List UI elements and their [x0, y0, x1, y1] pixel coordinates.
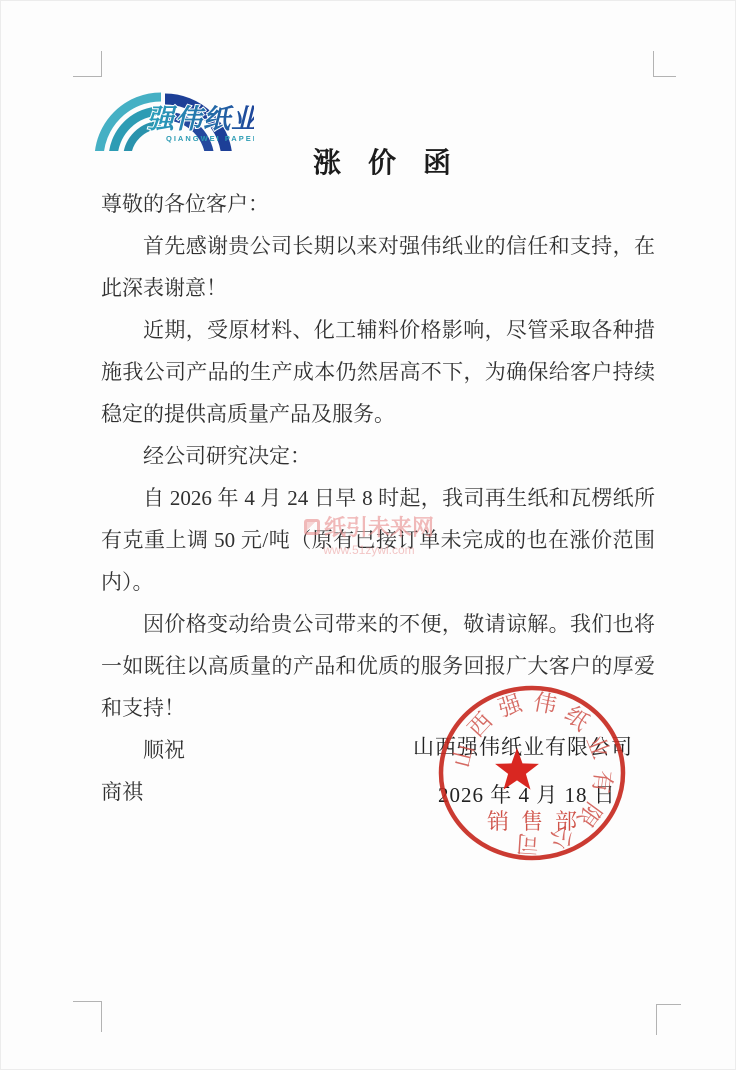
corner-mark-top-right-icon: [653, 51, 676, 77]
paragraph-apology: 因价格变动给贵公司带来的不便，敬请谅解。我们也将一如既往以高质量的产品和优质的服…: [101, 603, 655, 729]
paragraph-decision-intro: 经公司研究决定：: [101, 435, 655, 477]
corner-mark-bottom-left-icon: [73, 1001, 102, 1032]
paragraph-thanks: 首先感谢贵公司长期以来对强伟纸业的信任和支持，在此深表谢意！: [101, 225, 655, 309]
signature-company-name: 山西强伟纸业有限公司: [413, 731, 633, 761]
letter-title: 涨 价 函: [31, 141, 735, 181]
logo-name-text: 强伟纸业: [147, 104, 254, 134]
salutation: 尊敬的各位客户：: [101, 183, 655, 225]
price-increase-letter-page: 强伟纸业 QIANGWEI PAPER 涨 价 函 尊敬的各位客户： 首先感谢贵…: [0, 0, 736, 1070]
signature-date: 2026 年 4 月 18 日: [438, 779, 616, 809]
corner-mark-bottom-right-icon: [656, 1004, 681, 1035]
paragraph-cost-pressure: 近期，受原材料、化工辅料价格影响，尽管采取各种措施我公司产品的生产成本仍然居高不…: [101, 309, 655, 435]
corner-mark-top-left-icon: [73, 51, 102, 77]
paragraph-price-increase: 自 2026 年 4 月 24 日早 8 时起，我司再生纸和瓦楞纸所有克重上调 …: [101, 477, 655, 603]
letter-body: 尊敬的各位客户： 首先感谢贵公司长期以来对强伟纸业的信任和支持，在此深表谢意！ …: [101, 183, 655, 813]
